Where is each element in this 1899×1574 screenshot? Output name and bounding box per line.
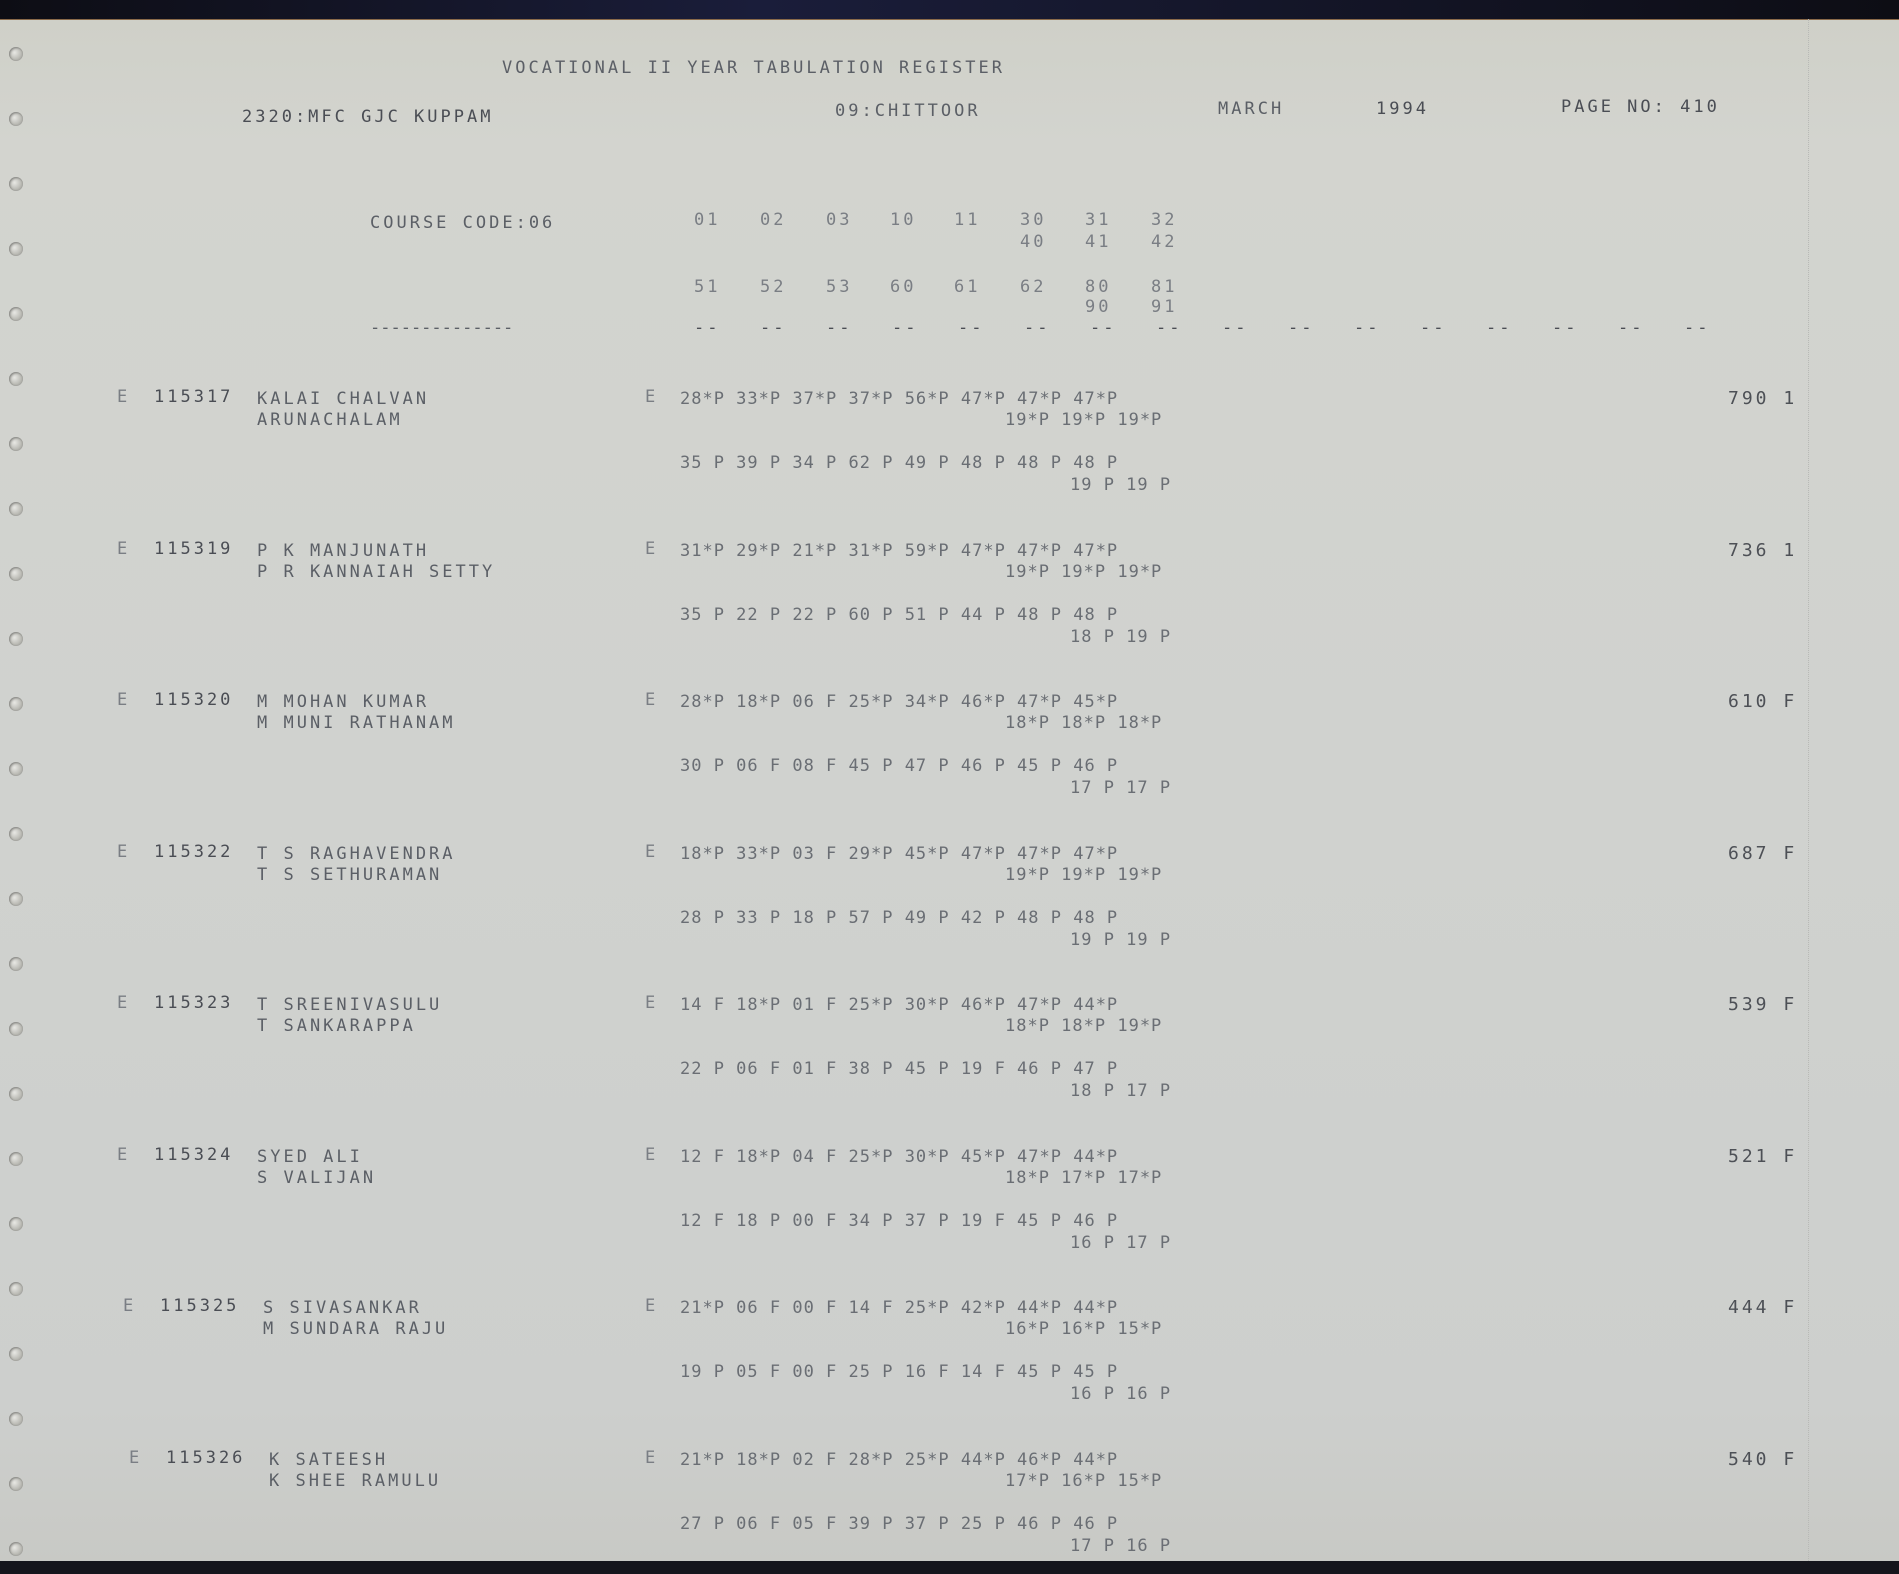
student-name: P K MANJUNATH [257, 541, 429, 561]
subject-code-sub: 42 [1151, 232, 1177, 252]
marks-part2-sub: 19 P 19 P [1070, 474, 1171, 496]
sprocket-hole-icon [9, 1217, 23, 1231]
marks-part1: 28*P 33*P 37*P 37*P 56*P 47*P 47*P 47*P [680, 388, 1118, 410]
medium-code: E [645, 387, 658, 407]
marks-part2-sub: 17 P 17 P [1070, 777, 1171, 799]
hall-ticket-number: 115323 [154, 993, 233, 1013]
result-total: 540 F [1728, 1449, 1797, 1470]
marks-part1: 21*P 18*P 02 F 28*P 25*P 44*P 46*P 44*P [680, 1449, 1118, 1471]
sprocket-hole-icon [9, 1347, 23, 1361]
marks-part1: 18*P 33*P 03 F 29*P 45*P 47*P 47*P 47*P [680, 843, 1118, 865]
marks-part1: 12 F 18*P 04 F 25*P 30*P 45*P 47*P 44*P [680, 1146, 1118, 1168]
medium-code: E [645, 1296, 658, 1316]
father-name: T S SETHURAMAN [257, 865, 442, 885]
marks-part1-sub: 19*P 19*P 19*P [1005, 409, 1162, 431]
result-total: 444 F [1728, 1297, 1797, 1318]
exam-year: 1994 [1376, 99, 1429, 119]
hall-ticket-number: 115324 [154, 1145, 233, 1165]
record-prefix: E [117, 690, 130, 710]
subject-code: 60 [890, 277, 916, 297]
marks-part2: 12 F 18 P 00 F 34 P 37 P 19 F 45 P 46 P [680, 1210, 1118, 1232]
sprocket-hole-icon [9, 372, 23, 386]
medium-code: E [645, 1448, 658, 1468]
subject-code: 51 [694, 277, 720, 297]
marks-part1-sub: 17*P 16*P 15*P [1005, 1470, 1162, 1492]
marks-part2: 19 P 05 F 00 F 25 P 16 F 14 F 45 P 45 P [680, 1361, 1118, 1383]
father-name: K SHEE RAMULU [269, 1471, 441, 1491]
column-dash: -- [1024, 318, 1050, 338]
sprocket-hole-icon [9, 112, 23, 126]
marks-part1: 28*P 18*P 06 F 25*P 34*P 46*P 47*P 45*P [680, 691, 1118, 713]
student-name: SYED ALI [257, 1147, 363, 1167]
sprocket-hole-icon [9, 1542, 23, 1556]
marks-part2-sub: 18 P 17 P [1070, 1080, 1171, 1102]
sprocket-hole-icon [9, 47, 23, 61]
sprocket-hole-icon [9, 1412, 23, 1426]
hall-ticket-number: 115319 [154, 539, 233, 559]
medium-code: E [645, 539, 658, 559]
subject-code-sub: 40 [1020, 232, 1046, 252]
sprocket-hole-icon [9, 697, 23, 711]
medium-code: E [645, 993, 658, 1013]
subject-code: 02 [760, 210, 786, 230]
record-prefix: E [123, 1296, 136, 1316]
column-dash: -- [1486, 318, 1512, 338]
subject-code: 61 [954, 277, 980, 297]
subject-code: 03 [826, 210, 852, 230]
sprocket-hole-icon [9, 242, 23, 256]
column-dash: -- [892, 318, 918, 338]
header-underline: -------------- [370, 318, 513, 338]
medium-code: E [645, 690, 658, 710]
sprocket-hole-icon [9, 437, 23, 451]
result-total: 790 1 [1728, 388, 1797, 409]
column-dash: -- [694, 318, 720, 338]
subject-code: 52 [760, 277, 786, 297]
father-name: M MUNI RATHANAM [257, 713, 456, 733]
result-total: 736 1 [1728, 540, 1797, 561]
column-dash: -- [760, 318, 786, 338]
column-dash: -- [1288, 318, 1314, 338]
marks-part1-sub: 16*P 16*P 15*P [1005, 1318, 1162, 1340]
result-total: 610 F [1728, 691, 1797, 712]
marks-part2-sub: 19 P 19 P [1070, 929, 1171, 951]
sprocket-hole-icon [9, 892, 23, 906]
course-code-label: COURSE CODE:06 [370, 213, 555, 233]
student-name: S SIVASANKAR [263, 1298, 422, 1318]
column-dash: -- [1618, 318, 1644, 338]
marks-part2: 27 P 06 F 05 F 39 P 37 P 25 P 46 P 46 P [680, 1513, 1118, 1535]
district-code: 09:CHITTOOR [835, 101, 981, 121]
top-background-band [0, 0, 1899, 20]
column-dash: -- [1684, 318, 1710, 338]
marks-part2: 22 P 06 F 01 F 38 P 45 P 19 F 46 P 47 P [680, 1058, 1118, 1080]
page-number: PAGE NO: 410 [1561, 97, 1720, 117]
marks-part2-sub: 17 P 16 P [1070, 1535, 1171, 1557]
marks-part2-sub: 16 P 17 P [1070, 1232, 1171, 1254]
marks-part1: 21*P 06 F 00 F 14 F 25*P 42*P 44*P 44*P [680, 1297, 1118, 1319]
sprocket-hole-icon [9, 502, 23, 516]
sprocket-hole-icon [9, 1477, 23, 1491]
hall-ticket-number: 115325 [160, 1296, 239, 1316]
father-name: T SANKARAPPA [257, 1016, 416, 1036]
subject-code: 11 [954, 210, 980, 230]
result-total: 521 F [1728, 1146, 1797, 1167]
father-name: P R KANNAIAH SETTY [257, 562, 495, 582]
subject-code: 31 [1085, 210, 1111, 230]
hall-ticket-number: 115320 [154, 690, 233, 710]
subject-code: 10 [890, 210, 916, 230]
sprocket-hole-icon [9, 827, 23, 841]
college-code: 2320:MFC GJC KUPPAM [242, 107, 493, 127]
marks-part2: 30 P 06 F 08 F 45 P 47 P 46 P 45 P 46 P [680, 755, 1118, 777]
subject-code: 53 [826, 277, 852, 297]
sprocket-hole-icon [9, 957, 23, 971]
column-dash: -- [1156, 318, 1182, 338]
sprocket-hole-icon [9, 762, 23, 776]
column-dash: -- [1552, 318, 1578, 338]
marks-part2: 35 P 22 P 22 P 60 P 51 P 44 P 48 P 48 P [680, 604, 1118, 626]
marks-part1-sub: 18*P 18*P 18*P [1005, 712, 1162, 734]
hall-ticket-number: 115322 [154, 842, 233, 862]
column-dash: -- [958, 318, 984, 338]
sprocket-hole-icon [9, 1152, 23, 1166]
sprocket-hole-icon [9, 567, 23, 581]
bottom-background-band [0, 1561, 1899, 1574]
column-dash: -- [1090, 318, 1116, 338]
subject-code: 32 [1151, 210, 1177, 230]
result-total: 687 F [1728, 843, 1797, 864]
father-name: S VALIJAN [257, 1168, 376, 1188]
hall-ticket-number: 115326 [166, 1448, 245, 1468]
marks-part1-sub: 18*P 17*P 17*P [1005, 1167, 1162, 1189]
column-dash: -- [1222, 318, 1248, 338]
register-title: VOCATIONAL II YEAR TABULATION REGISTER [502, 58, 1005, 78]
hall-ticket-number: 115317 [154, 387, 233, 407]
record-prefix: E [117, 539, 130, 559]
subject-code: 30 [1020, 210, 1046, 230]
student-name: T SREENIVASULU [257, 995, 442, 1015]
record-prefix: E [117, 842, 130, 862]
marks-part1-sub: 19*P 19*P 19*P [1005, 561, 1162, 583]
student-name: T S RAGHAVENDRA [257, 844, 456, 864]
sprocket-hole-icon [9, 177, 23, 191]
marks-part1: 31*P 29*P 21*P 31*P 59*P 47*P 47*P 47*P [680, 540, 1118, 562]
subject-code: 81 [1151, 277, 1177, 297]
student-name: K SATEESH [269, 1450, 388, 1470]
exam-month: MARCH [1218, 99, 1284, 119]
marks-part1-sub: 19*P 19*P 19*P [1005, 864, 1162, 886]
student-name: KALAI CHALVAN [257, 389, 429, 409]
column-dash: -- [1354, 318, 1380, 338]
marks-part1-sub: 18*P 18*P 19*P [1005, 1015, 1162, 1037]
record-prefix: E [117, 1145, 130, 1165]
subject-code-sub: 91 [1151, 297, 1177, 317]
subject-code: 01 [694, 210, 720, 230]
medium-code: E [645, 842, 658, 862]
sprocket-hole-icon [9, 1087, 23, 1101]
record-prefix: E [129, 1448, 142, 1468]
result-total: 539 F [1728, 994, 1797, 1015]
medium-code: E [645, 1145, 658, 1165]
subject-code: 80 [1085, 277, 1111, 297]
sprocket-hole-icon [9, 1022, 23, 1036]
sprocket-hole-icon [9, 1282, 23, 1296]
marks-part2: 35 P 39 P 34 P 62 P 49 P 48 P 48 P 48 P [680, 452, 1118, 474]
father-name: M SUNDARA RAJU [263, 1319, 448, 1339]
column-dash: -- [826, 318, 852, 338]
sprocket-hole-icon [9, 307, 23, 321]
marks-part2-sub: 18 P 19 P [1070, 626, 1171, 648]
perforation-line [1808, 19, 1810, 1561]
record-prefix: E [117, 387, 130, 407]
subject-code-sub: 41 [1085, 232, 1111, 252]
column-dash: -- [1420, 318, 1446, 338]
subject-code: 62 [1020, 277, 1046, 297]
record-prefix: E [117, 993, 130, 1013]
sprocket-hole-icon [9, 632, 23, 646]
marks-part2: 28 P 33 P 18 P 57 P 49 P 42 P 48 P 48 P [680, 907, 1118, 929]
subject-code-sub: 90 [1085, 297, 1111, 317]
marks-part1: 14 F 18*P 01 F 25*P 30*P 46*P 47*P 44*P [680, 994, 1118, 1016]
marks-part2-sub: 16 P 16 P [1070, 1383, 1171, 1405]
student-name: M MOHAN KUMAR [257, 692, 429, 712]
father-name: ARUNACHALAM [257, 410, 403, 430]
